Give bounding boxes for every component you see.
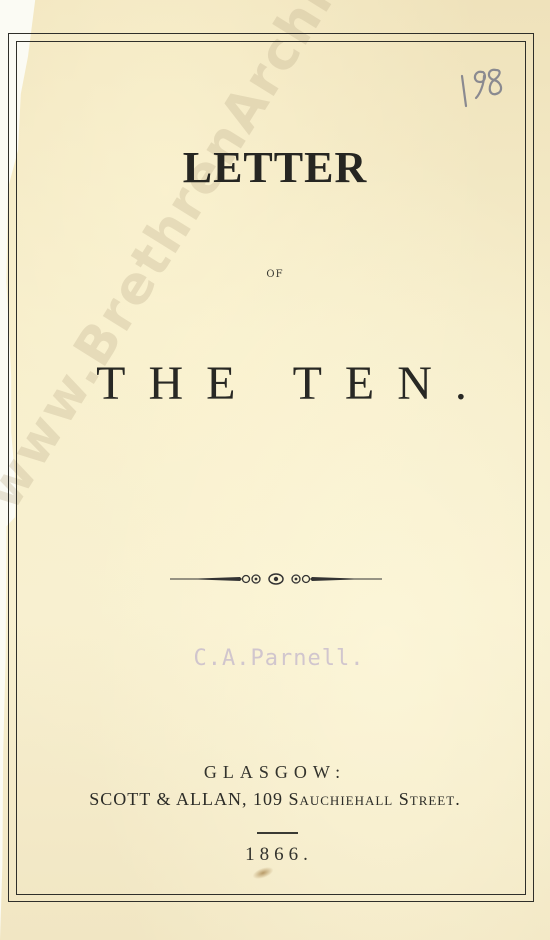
imprint-publisher: SCOTT & ALLAN, 109 Sauchiehall Street. xyxy=(0,789,550,810)
owner-stamp: C.A.Parnell. xyxy=(0,646,550,671)
publisher-name: SCOTT & ALLAN, xyxy=(89,789,247,809)
imprint-year: 1866. xyxy=(0,844,550,866)
publisher-street-number: 109 xyxy=(253,789,283,809)
title-connector-of: OF xyxy=(0,269,550,280)
title-line-letter: LETTER xyxy=(0,142,550,193)
imprint-city: GLASGOW: xyxy=(0,762,550,783)
title-line-the-ten: THE TEN. xyxy=(0,356,550,411)
handwritten-number: 198 xyxy=(456,62,512,108)
printers-ornament-icon xyxy=(170,571,382,587)
document-page: www.BrethrenArchive.org 198 LETTER OF TH… xyxy=(0,0,550,940)
publisher-street: Sauchiehall Street. xyxy=(288,789,460,809)
short-rule-divider xyxy=(257,832,298,834)
